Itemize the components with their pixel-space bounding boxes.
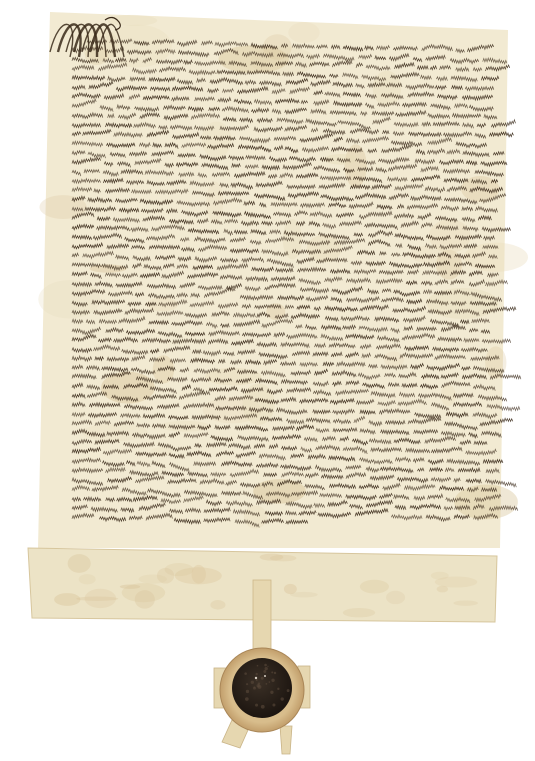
wax-seal xyxy=(214,648,310,754)
charter-photo xyxy=(0,0,535,761)
charter-canvas xyxy=(0,0,535,761)
seal-tag xyxy=(253,580,271,650)
parchment-sheet xyxy=(38,12,528,548)
